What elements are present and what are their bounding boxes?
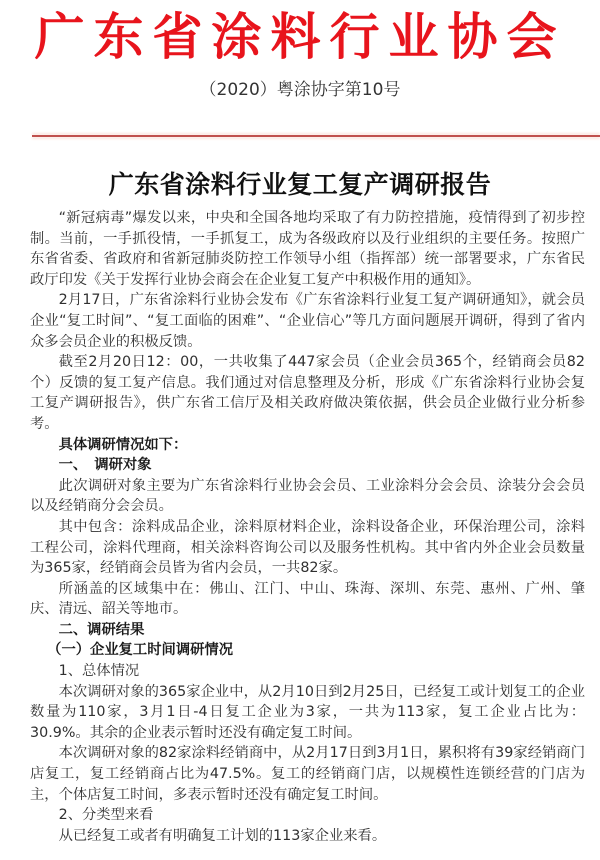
heading-details: 具体调研情况如下： (30, 435, 585, 456)
document-number: （2020）粤涂协字第10号 (0, 78, 600, 102)
paragraph-dealer-stats: 本次调研对象的82家涂料经销商中，从2月17日到3月1日，累积将有39家经销商门… (30, 743, 585, 805)
report-body: “新冠病毒”爆发以来，中央和全国各地均采取了有力防控措施，疫情得到了初步控制。当… (30, 208, 585, 846)
paragraph-composition: 其中包含：涂料成品企业，涂料原材料企业，涂料设备企业，环保治理公司，涂料工程公司… (30, 517, 585, 579)
paragraph-by-type: 从已经复工或者有明确复工计划的113家企业来看。 (30, 826, 585, 847)
paragraph-regions: 所涵盖的区域集中在：佛山、江门、中山、珠海、深圳、东莞、惠州、广州、肇庆、清远、… (30, 579, 585, 620)
header-divider (32, 135, 600, 137)
paragraph-survey-notice: 2月17日，广东省涂料行业协会发布《广东省涂料行业复工复产调研通知》，就会员企业… (30, 290, 585, 352)
heading-survey-results: 二、调研结果 (30, 620, 585, 641)
paragraph-enterprise-stats: 本次调研对象的365家企业中，从2月10日到2月25日，已经复工或计划复工的企业… (30, 682, 585, 744)
organization-masthead: 广东省涂料行业协会 (0, 6, 600, 68)
paragraph-intro: “新冠病毒”爆发以来，中央和全国各地均采取了有力防控措施，疫情得到了初步控制。当… (30, 208, 585, 290)
heading-overall: 1、总体情况 (30, 661, 585, 682)
paragraph-collection: 截至2月20日12：00，一共收集了447家会员（企业会员365个，经销商会员8… (30, 352, 585, 434)
heading-by-type: 2、分类型来看 (30, 805, 585, 826)
paragraph-subjects: 此次调研对象主要为广东省涂料行业协会会员、工业涂料分会会员、涂装分会会员以及经销… (30, 476, 585, 517)
heading-survey-subjects: 一、 调研对象 (30, 455, 585, 476)
report-title: 广东省涂料行业复工复产调研报告 (0, 168, 600, 202)
heading-resumption-time: （一）企业复工时间调研情况 (30, 640, 585, 661)
